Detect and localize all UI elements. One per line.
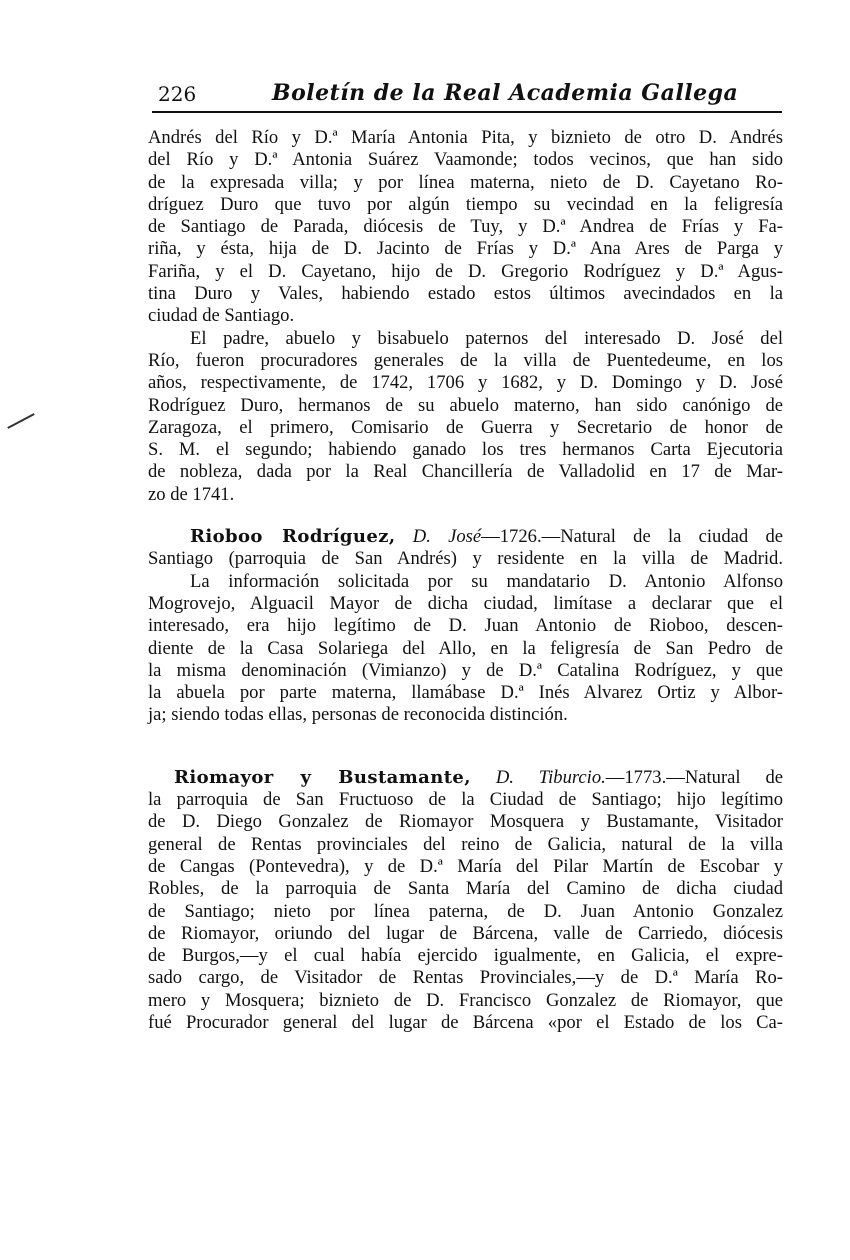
entry-given-name: D. Tiburcio. — [496, 767, 606, 788]
text-line: la misma denominación (Vimianzo) y de D.… — [148, 660, 783, 682]
entry-name: Riomayor y Bustamante, — [174, 767, 471, 788]
paragraph-paternal-line: El padre, abuelo y bisabuelo paternos de… — [148, 328, 783, 506]
text-line: de Cangas (Pontevedra), y de D.ª María d… — [148, 856, 783, 878]
text-line: zo de 1741. — [148, 484, 783, 506]
text-line: riña, y ésta, hija de D. Jacinto de Fría… — [148, 238, 783, 260]
entry-rioboo: Rioboo Rodríguez, D. José—1726.—Natural … — [148, 526, 783, 727]
text-line: la abuela por parte materna, llamábase D… — [148, 682, 783, 704]
entry-text: Natural de — [685, 767, 783, 788]
text-line: del Río y D.ª Antonia Suárez Vaamonde; t… — [148, 149, 783, 171]
document-page: 226 Boletín de la Real Academia Gallega … — [0, 0, 850, 1260]
text-line: mero y Mosquera; biznieto de D. Francisc… — [148, 990, 783, 1012]
text-line: de D. Diego Gonzalez de Riomayor Mosquer… — [148, 811, 783, 833]
entry-riomayor: Riomayor y Bustamante, D. Tiburcio.—1773… — [148, 767, 783, 1035]
entry-name: Rioboo Rodríguez, — [190, 526, 396, 547]
text-line: sado cargo, de Visitador de Rentas Provi… — [148, 967, 783, 989]
page-header: 226 Boletín de la Real Academia Gallega — [152, 80, 782, 110]
text-line: Santiago (parroquia de San Andrés) y res… — [148, 548, 783, 570]
text-line: de Santiago de Parada, diócesis de Tuy, … — [148, 216, 783, 238]
text-line: La información solicitada por su mandata… — [148, 571, 783, 593]
entry-year: —1726.— — [481, 526, 560, 547]
text-line: general de Rentas provinciales del reino… — [148, 834, 783, 856]
text-line: Rodríguez Duro, hermanos de su abuelo ma… — [148, 395, 783, 417]
text-line: fué Procurador general del lugar de Bárc… — [148, 1012, 783, 1034]
running-title: Boletín de la Real Academia Gallega — [272, 80, 738, 106]
text-line: ciudad de Santiago. — [148, 305, 783, 327]
text-line: Robles, de la parroquia de Santa María d… — [148, 878, 783, 900]
margin-mark — [7, 413, 34, 429]
text-line: diente de la Casa Solariega del Allo, en… — [148, 638, 783, 660]
text-line: Andrés del Río y D.ª María Antonia Pita,… — [148, 127, 783, 149]
text-line: de nobleza, dada por la Real Chancillerí… — [148, 461, 783, 483]
text-line: dríguez Duro que tuvo por algún tiempo s… — [148, 194, 783, 216]
header-rule — [152, 111, 782, 113]
text-line: años, respectivamente, de 1742, 1706 y 1… — [148, 372, 783, 394]
text-line: ja; siendo todas ellas, personas de reco… — [148, 704, 783, 726]
text-line: Río, fueron procuradores generales de la… — [148, 350, 783, 372]
text-line: Zaragoza, el primero, Comisario de Guerr… — [148, 417, 783, 439]
entry-given-name: D. José — [413, 526, 481, 547]
text-line: la parroquia de San Fructuoso de la Ciud… — [148, 789, 783, 811]
text-line: de Burgos,—y el cual había ejercido igua… — [148, 945, 783, 967]
text-line: S. M. el segundo; habiendo ganado los tr… — [148, 439, 783, 461]
text-line: tina Duro y Vales, habiendo estado estos… — [148, 283, 783, 305]
text-line: de Riomayor, oriundo del lugar de Bárcen… — [148, 923, 783, 945]
text-line: de Santiago; nieto por línea paterna, de… — [148, 901, 783, 923]
entry-heading-line: Rioboo Rodríguez, D. José—1726.—Natural … — [148, 526, 783, 548]
text-line: Fariña, y el D. Cayetano, hijo de D. Gre… — [148, 261, 783, 283]
entry-heading-line: Riomayor y Bustamante, D. Tiburcio.—1773… — [148, 767, 783, 789]
paragraph-continuation: Andrés del Río y D.ª María Antonia Pita,… — [148, 127, 783, 328]
entry-year: —1773.— — [606, 767, 685, 788]
text-line: interesado, era hijo legítimo de D. Juan… — [148, 615, 783, 637]
entry-text: Natural de la ciudad de — [560, 526, 783, 547]
text-line: Mogrovejo, Alguacil Mayor de dicha ciuda… — [148, 593, 783, 615]
text-line: de la expresada villa; y por línea mater… — [148, 172, 783, 194]
text-line: El padre, abuelo y bisabuelo paternos de… — [148, 328, 783, 350]
page-number: 226 — [158, 82, 196, 106]
body-text: Andrés del Río y D.ª María Antonia Pita,… — [148, 127, 783, 1034]
